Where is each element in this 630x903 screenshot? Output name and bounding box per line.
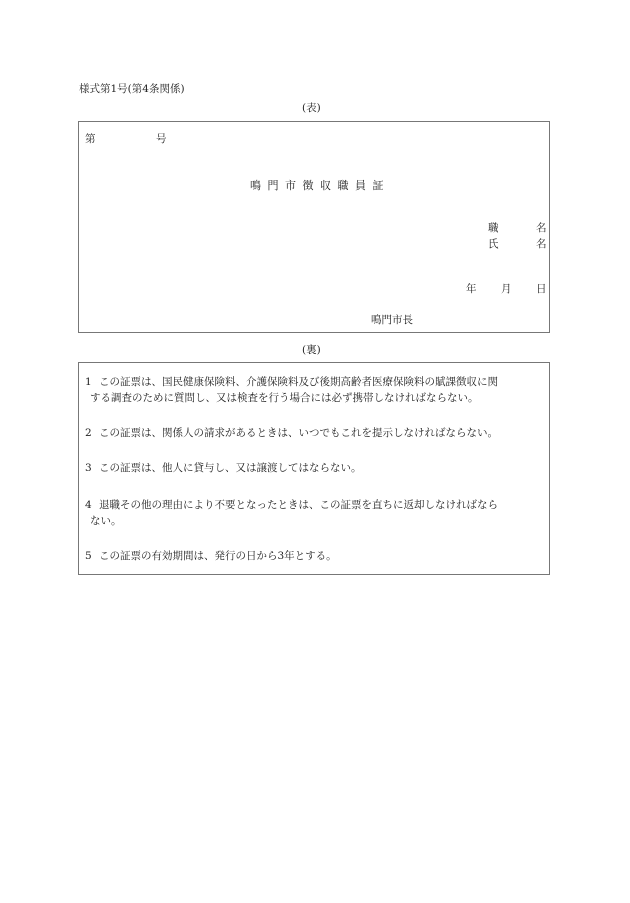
back-item-3: 3この証票は、他人に貸与し、又は譲渡してはならない。	[85, 460, 549, 476]
form-label: 様式第1号(第4条関係)	[79, 81, 185, 96]
date-year: 年	[466, 281, 477, 296]
date-month: 月	[501, 281, 512, 296]
name-label-a: 氏	[488, 236, 499, 251]
back-item-5: 5この証票の有効期間は、発行の日から3年とする。	[85, 548, 549, 564]
card-title: 鳴門市徴収職員証	[250, 177, 390, 193]
number-prefix: 第	[85, 131, 96, 146]
name-label-b: 名	[536, 236, 547, 251]
front-side-label: (表)	[302, 100, 321, 115]
position-label-a: 職	[488, 220, 499, 235]
date-day: 日	[536, 281, 547, 296]
issuer: 鳴門市長	[371, 312, 413, 327]
position-label-b: 名	[536, 220, 547, 235]
back-item-2: 2この証票は、関係人の請求があるときは、いつでもこれを提示しなければならない。	[85, 425, 549, 441]
back-card: 1この証票は、国民健康保険料、介護保険料及び後期高齢者医療保険料の賦課徴収に関 …	[78, 362, 550, 575]
number-suffix: 号	[156, 131, 167, 146]
back-item-4: 4退職その他の理由により不要となったときは、この証票を直ちに返却しなければなら …	[85, 497, 549, 529]
back-side-label: (裏)	[302, 342, 321, 357]
back-item-1: 1この証票は、国民健康保険料、介護保険料及び後期高齢者医療保険料の賦課徴収に関 …	[85, 374, 549, 406]
front-card: 第 号 鳴門市徴収職員証 職 名 氏 名 年 月 日 鳴門市長	[78, 121, 550, 333]
